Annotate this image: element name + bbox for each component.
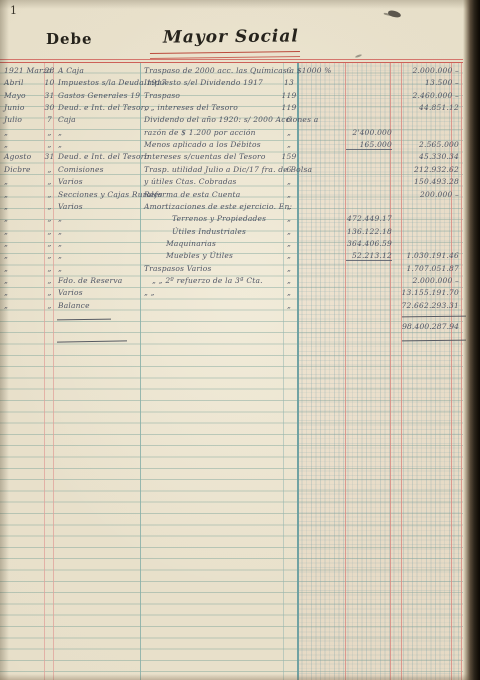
- entry-partial-amount: 136.122.18: [346, 227, 392, 236]
- entry-day: 7: [43, 115, 56, 124]
- entry-partial-amount: 472.449.17: [346, 214, 392, 223]
- ledger-row: „„„Muebles y Útiles„52.213.121.030.191.4…: [0, 251, 463, 264]
- entry-amount: 44.851.12: [399, 103, 461, 112]
- entry-account: Comisiones: [58, 165, 142, 174]
- entry-detail: y útiles Ctas. Cobradas: [144, 177, 284, 186]
- entry-day: 10: [43, 78, 56, 87]
- entry-detail: Intereses s/cuentas del Tesoro: [144, 152, 284, 161]
- ledger-row: Agosto31Deud. e Int. del TesoroIntereses…: [0, 152, 463, 165]
- entry-date: „: [4, 288, 44, 297]
- ledger-row: Dicbre„ComisionesTrasp. utilidad Julio a…: [0, 165, 463, 178]
- entry-date: „: [4, 214, 44, 223]
- entry-amount: 2.000.000 –: [399, 66, 461, 75]
- entry-day: 28: [43, 66, 56, 75]
- page-edge-shadow-bottom: [0, 674, 480, 680]
- entry-date: Julio: [4, 115, 44, 124]
- entry-partial-amount: 52.213.12: [346, 251, 392, 261]
- entry-detail: Traspaso: [144, 91, 284, 100]
- entry-date: Mayo: [4, 91, 44, 100]
- entry-detail: Dividendo del año 1920: s/ 2000 Acciones…: [144, 115, 284, 124]
- entry-account: „: [58, 251, 142, 260]
- ledger-row: „„Fdo. de Reserva„ „ 2º refuerzo de la 3…: [0, 276, 463, 289]
- entry-date: „: [4, 202, 44, 211]
- entry-detail: Reforma de esta Cuenta: [144, 190, 284, 199]
- entry-detail: Traspaso de 2000 acc. las Químicas a $10…: [144, 66, 284, 75]
- header-rule-top: [0, 59, 463, 60]
- entry-amount: 45.330.34: [399, 152, 461, 161]
- total-amount: 98.400.287.94: [399, 322, 461, 331]
- entry-day: „: [43, 177, 56, 186]
- entry-day: 31: [43, 91, 56, 100]
- page-edge-shadow-left: [0, 0, 9, 680]
- entry-date: „: [4, 276, 44, 285]
- entry-folio: 6: [281, 165, 297, 174]
- entry-amount: 72.662.293.31: [399, 301, 461, 310]
- entry-account: Varios: [58, 202, 142, 211]
- header-rule-bottom: [0, 62, 463, 63]
- ledger-row: Mayo31Gastos Generales 19Traspaso1192.46…: [0, 91, 463, 104]
- entry-folio: „: [281, 264, 297, 273]
- entry-day: „: [43, 190, 56, 199]
- entry-detail: Amortizaciones de este ejercicio. En:: [144, 202, 284, 211]
- entry-folio: „: [281, 288, 297, 297]
- ledger-row: 1921 Marzo28A CajaTraspaso de 2000 acc. …: [0, 66, 463, 79]
- entry-account: Balance: [58, 301, 142, 310]
- entry-folio: „: [281, 276, 297, 285]
- entry-day: „: [43, 214, 56, 223]
- entry-date: „: [4, 227, 44, 236]
- entry-folio: „: [281, 251, 297, 260]
- ledger-row: „„VariosAmortizaciones de este ejercicio…: [0, 202, 463, 215]
- entry-folio: „: [281, 202, 297, 211]
- ledger-row: „„„Maquinarias„364.406.59: [0, 239, 463, 252]
- entry-partial-amount: 165.000: [346, 140, 392, 150]
- entry-day: 31: [43, 152, 56, 161]
- debit-heading: Debe: [46, 30, 93, 48]
- entry-account: Varios: [58, 177, 142, 186]
- entry-folio: „: [281, 190, 297, 199]
- entry-folio: 119: [281, 91, 297, 100]
- entry-date: „: [4, 251, 44, 260]
- page-title: Mayor Social: [163, 26, 299, 47]
- entry-account: Deud. e Int. del Tesoro: [58, 152, 142, 161]
- entry-account: „: [58, 128, 142, 137]
- binding-edge: [463, 0, 480, 680]
- entry-folio: „: [281, 214, 297, 223]
- ledger-row: Abril10Impuestos s/la Deuda 1917Impuesto…: [0, 78, 463, 91]
- entry-date: Abril: [4, 78, 44, 87]
- entry-amount: 13.155.191.70: [399, 288, 461, 297]
- entry-amount: 150.493.28: [399, 177, 461, 186]
- entry-day: „: [43, 239, 56, 248]
- entry-account: „: [58, 227, 142, 236]
- ledger-row: „„Balance„72.662.293.31: [0, 301, 463, 314]
- entry-folio: 159: [281, 152, 297, 161]
- entry-folio: „: [281, 227, 297, 236]
- entry-account: Impuestos s/la Deuda 1917: [58, 78, 142, 87]
- entry-detail: Menos aplicado a los Débitos: [144, 140, 284, 149]
- entry-day: „: [43, 202, 56, 211]
- entry-amount: 2.000.000 –: [399, 276, 461, 285]
- entry-folio: 6: [281, 66, 297, 75]
- pencil-mark: [355, 54, 362, 58]
- entry-detail: „ „ intereses del Tesoro: [144, 103, 284, 112]
- entry-folio: „: [281, 301, 297, 310]
- entry-date: Junio: [4, 103, 44, 112]
- ledger-row: „„„Traspasos Varios„1.707.051.87: [0, 264, 463, 277]
- entry-folio: „: [281, 140, 297, 149]
- entry-day: „: [43, 264, 56, 273]
- entry-day: „: [43, 227, 56, 236]
- ink-smudge: [387, 10, 401, 19]
- entry-day: „: [43, 251, 56, 260]
- entry-account: A Caja: [58, 66, 142, 75]
- ledger-row: Julio7CajaDividendo del año 1920: s/ 200…: [0, 115, 463, 128]
- ledger-row: Junio30Deud. e Int. del Tesoro„ „ intere…: [0, 103, 463, 116]
- entry-date: „: [4, 301, 44, 310]
- entry-detail: razón de $ 1.200 por acción: [144, 128, 284, 137]
- entry-day: „: [43, 165, 56, 174]
- entry-account: „: [58, 140, 142, 149]
- entry-account: „: [58, 214, 142, 223]
- entry-amount: 13.500 –: [399, 78, 461, 87]
- entry-day: „: [43, 276, 56, 285]
- entry-date: „: [4, 140, 44, 149]
- ledger-row: „„„Útiles Industriales„136.122.18: [0, 227, 463, 240]
- entry-folio: „: [281, 128, 297, 137]
- entry-folio: „: [281, 239, 297, 248]
- entry-date: „: [4, 177, 44, 186]
- entry-folio: 13: [281, 78, 297, 87]
- entry-detail: „ „ 2º refuerzo de la 3ª Cta.: [152, 276, 292, 285]
- entry-date: „: [4, 239, 44, 248]
- entry-account: Caja: [58, 115, 142, 124]
- entry-date: 1921 Marzo: [4, 66, 44, 75]
- ledger-row: „„„razón de $ 1.200 por acción„2'400.000: [0, 128, 463, 141]
- ledger-page: 1 Debe Mayor Social 1921 Marzo28A CajaTr…: [0, 0, 480, 680]
- entry-folio: 119: [281, 103, 297, 112]
- entry-date: „: [4, 190, 44, 199]
- ledger-row: „„„Menos aplicado a los Débitos„165.0002…: [0, 140, 463, 153]
- entry-date: „: [4, 264, 44, 273]
- entry-detail: Traspasos Varios: [144, 264, 284, 273]
- entry-amount: 2.565.000: [399, 140, 461, 149]
- entry-account: Fdo. de Reserva: [58, 276, 142, 285]
- entry-amount: 2.460.000 –: [399, 91, 461, 100]
- entry-amount: 1.030.191.46: [399, 251, 461, 260]
- entry-date: Dicbre: [4, 165, 44, 174]
- entry-folio: 6: [281, 115, 297, 124]
- entry-detail: „ „: [144, 288, 284, 297]
- title-underline: [150, 51, 300, 59]
- entry-account: Deud. e Int. del Tesoro: [58, 103, 142, 112]
- entry-day: „: [43, 128, 56, 137]
- entry-account: Secciones y Cajas Rurales: [58, 190, 142, 199]
- ledger-row: „„„Terrenos y Propiedades„472.449.17: [0, 214, 463, 227]
- entry-amount: 212.932.62: [399, 165, 461, 174]
- entry-partial-amount: 2'400.000: [346, 128, 392, 137]
- ledger-row: „„Secciones y Cajas RuralesReforma de es…: [0, 190, 463, 203]
- entry-amount: 200.000 –: [399, 190, 461, 199]
- entry-day: „: [43, 301, 56, 310]
- entry-partial-amount: 364.406.59: [346, 239, 392, 248]
- entry-day: 30: [43, 103, 56, 112]
- entry-account: „: [58, 239, 142, 248]
- entry-date: Agosto: [4, 152, 44, 161]
- ledger-row: „„Varios„ „„13.155.191.70: [0, 288, 463, 301]
- page-edge-shadow-top: [0, 0, 480, 9]
- entry-account: Varios: [58, 288, 142, 297]
- entry-detail: Impuesto s/el Dividendo 1917: [144, 78, 284, 87]
- entry-detail: Trasp. utilidad Julio a Dic/17 fra. de B…: [144, 165, 284, 174]
- entry-account: Gastos Generales 19: [58, 91, 142, 100]
- ledger-row: „„Variosy útiles Ctas. Cobradas„150.493.…: [0, 177, 463, 190]
- entry-day: „: [43, 288, 56, 297]
- entry-date: „: [4, 128, 44, 137]
- entry-day: „: [43, 140, 56, 149]
- entry-amount: 1.707.051.87: [399, 264, 461, 273]
- entry-account: „: [58, 264, 142, 273]
- entry-folio: „: [281, 177, 297, 186]
